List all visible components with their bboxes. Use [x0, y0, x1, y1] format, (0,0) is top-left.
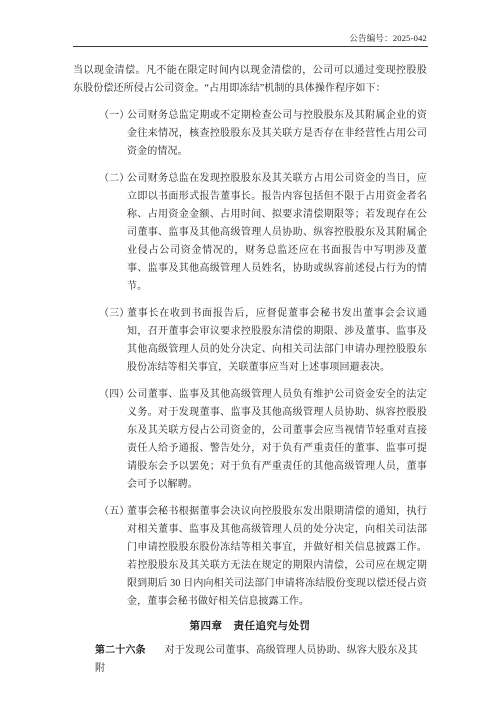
list-item: （二） 公司财务总监在发现控股股东及其关联方占用公司资金的当日，应立即以书面形式…	[73, 170, 427, 296]
article-number: 第二十六条	[95, 645, 146, 656]
list-item-text: 董事会秘书根据董事会决议向控股股东发出限期清偿的通知，执行对相关董事、监事及其他…	[127, 506, 427, 607]
list-item-text: 公司董事、监事及其他高级管理人员负有维护公司资金安全的法定义务。对于发现董事、监…	[127, 389, 427, 490]
list-item-text: 董事长在收到书面报告后，应督促董事会秘书发出董事会会议通知，召开董事会审议要求控…	[127, 308, 427, 373]
document-page: 公告编号：2025-042 当以现金清偿。凡不能在限定时间内以现金清偿的，公司可…	[0, 0, 500, 707]
list-item: （四） 公司董事、监事及其他高级管理人员负有维护公司资金安全的法定义务。对于发现…	[73, 386, 427, 494]
list-item-label: （五）	[99, 503, 129, 521]
list-item: （三） 董事长在收到书面报告后，应督促董事会秘书发出董事会会议通知，召开董事会审…	[73, 305, 427, 377]
list-item: （一） 公司财务总监定期或不定期检查公司与控股股东及其附属企业的资金往来情况，核…	[73, 107, 427, 161]
list-item-text: 公司财务总监定期或不定期检查公司与控股股东及其附属企业的资金往来情况，核查控股股…	[127, 110, 427, 157]
page-header: 公告编号：2025-042	[0, 0, 500, 43]
list-item-label: （二）	[99, 170, 129, 188]
list-item-label: （三）	[99, 305, 129, 323]
article-paragraph: 第二十六条对于发现公司董事、高级管理人员协助、纵容大股东及其附	[95, 642, 427, 678]
announcement-number: 公告编号：2025-042	[349, 33, 427, 43]
list-item: （五） 董事会秘书根据董事会决议向控股股东发出限期清偿的通知，执行对相关董事、监…	[73, 503, 427, 611]
intro-paragraph: 当以现金清偿。凡不能在限定时间内以现金清偿的，公司可以通过变现控股股东股份偿还所…	[73, 62, 427, 98]
document-body: 当以现金清偿。凡不能在限定时间内以现金清偿的，公司可以通过变现控股股东股份偿还所…	[73, 62, 427, 678]
list-item-label: （一）	[99, 107, 129, 125]
header-divider	[73, 46, 428, 47]
list-item-text: 公司财务总监在发现控股股东及其关联方占用公司资金的当日，应立即以书面形式报告董事…	[127, 173, 427, 292]
list-item-label: （四）	[99, 386, 129, 404]
chapter-heading: 第四章 责任追究与处罚	[73, 618, 427, 636]
